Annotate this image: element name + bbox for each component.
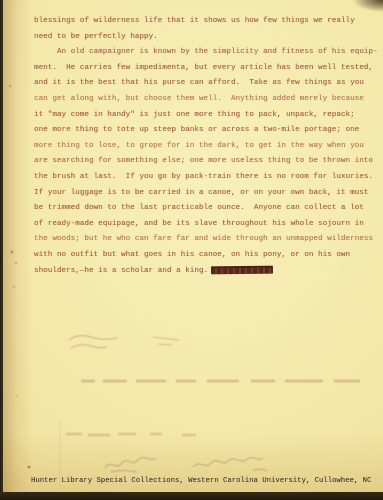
scan-edge-bottom [0, 492, 383, 500]
library-credit-stamp: Hunter Library Special Collections, West… [31, 477, 371, 485]
paper-sheet: blessings of wilderness life that it sho… [3, 0, 383, 492]
scanned-document-page: blessings of wilderness life that it sho… [0, 0, 383, 500]
scan-edge-left [0, 0, 3, 500]
bleed-through-marks [3, 0, 383, 500]
